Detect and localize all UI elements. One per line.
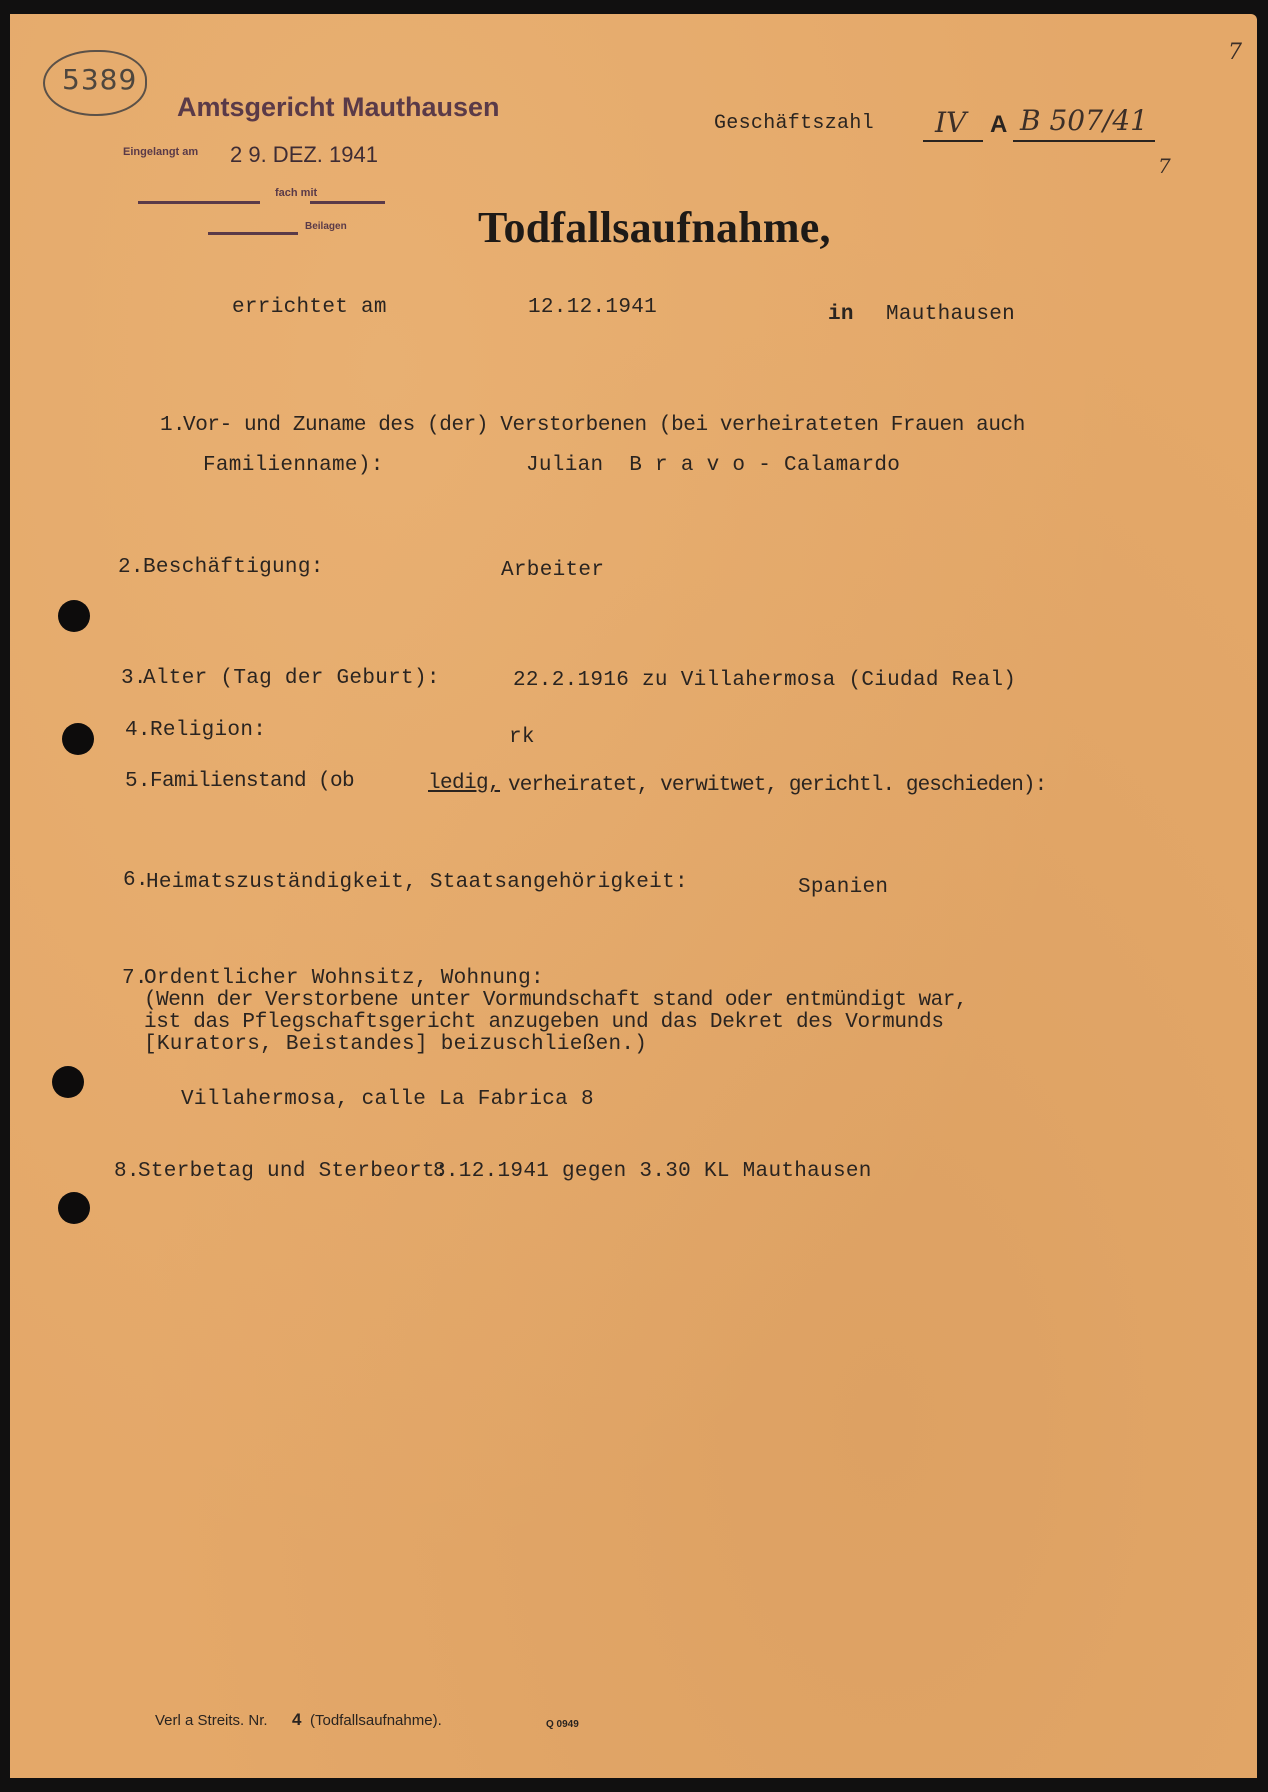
stamp-line bbox=[208, 232, 298, 235]
stamp-court: Amtsgericht Mauthausen bbox=[177, 92, 500, 123]
created-label: errichtet am bbox=[232, 296, 387, 319]
field-4-value: rk bbox=[509, 726, 535, 749]
field-4-label: Religion: bbox=[150, 719, 266, 742]
field-7-value: Villahermosa, calle La Fabrica 8 bbox=[181, 1088, 594, 1111]
file-reference-underline bbox=[1013, 140, 1155, 142]
footer-form-number: 4 bbox=[292, 1710, 301, 1730]
field-5-label-prefix: Familienstand (ob bbox=[150, 770, 354, 793]
stamp-line bbox=[138, 201, 260, 204]
field-7-note-line-1: (Wenn der Verstorbene unter Vormundschaf… bbox=[144, 989, 967, 1012]
footer-print-code: Q 0949 bbox=[546, 1719, 579, 1730]
field-2-value: Arbeiter bbox=[501, 559, 604, 582]
field-6-value: Spanien bbox=[798, 876, 888, 899]
field-1-label: Vor- und Zuname des (der) Verstorbenen (… bbox=[183, 414, 1025, 437]
file-reference-letter: A bbox=[990, 111, 1008, 139]
field-1-label-cont: Familienname): bbox=[203, 454, 384, 477]
field-5-label-suffix: verheiratet, verwitwet, gerichtl. geschi… bbox=[508, 774, 1046, 797]
field-3-value: 22.2.1916 zu Villahermosa (Ciudad Real) bbox=[513, 669, 1016, 692]
field-5-label-underlined: ledig, bbox=[428, 772, 500, 795]
stamp-line3-label: Beilagen bbox=[305, 221, 347, 232]
field-1-number: 1. bbox=[160, 414, 186, 437]
field-6-label: Heimatszuständigkeit, Staatsangehörigkei… bbox=[146, 871, 688, 894]
margin-mark: 7 bbox=[1158, 154, 1171, 178]
punch-hole bbox=[58, 1192, 90, 1224]
file-reference-number: B 507/41 bbox=[1020, 104, 1148, 137]
field-8-number: 8. bbox=[114, 1160, 140, 1183]
field-5-number: 5. bbox=[125, 770, 151, 793]
document-title: Todfallsaufnahme, bbox=[478, 202, 831, 253]
file-reference-underline bbox=[923, 140, 983, 142]
footer-form-prefix: Verl a Streits. Nr. bbox=[155, 1712, 268, 1729]
field-2-number: 2. bbox=[118, 556, 144, 579]
stamp-line2-label: fach mit bbox=[275, 187, 317, 199]
punch-hole bbox=[62, 723, 94, 755]
created-place: Mauthausen bbox=[886, 303, 1015, 326]
field-8-label: Sterbetag und Sterbeort: bbox=[138, 1160, 448, 1183]
file-reference-prefix: IV bbox=[935, 106, 966, 139]
created-place-label: in bbox=[828, 303, 854, 326]
field-4-number: 4. bbox=[125, 719, 151, 742]
field-7-note-line-2: ist das Pflegschaftsgericht anzugeben un… bbox=[144, 1011, 944, 1034]
archive-number-circle: 5389 bbox=[43, 50, 147, 116]
stamp-received-label: Eingelangt am bbox=[123, 146, 198, 158]
field-1-value: Julian B r a v o - Calamardo bbox=[526, 454, 900, 477]
field-2-label: Beschäftigung: bbox=[143, 556, 324, 579]
footer-form-suffix: (Todfallsaufnahme). bbox=[310, 1712, 442, 1729]
field-6-number: 6. bbox=[123, 869, 149, 892]
archive-number: 5389 bbox=[62, 63, 137, 96]
punch-hole bbox=[58, 600, 90, 632]
stamp-received-date: 2 9. DEZ. 1941 bbox=[230, 142, 378, 168]
field-8-value: 8.12.1941 gegen 3.30 KL Mauthausen bbox=[433, 1160, 872, 1183]
stamp-line bbox=[310, 201, 385, 204]
field-7-note-line-3: [Kurators, Beistandes] beizuschließen.) bbox=[144, 1033, 647, 1056]
field-7-label: Ordentlicher Wohnsitz, Wohnung: bbox=[144, 967, 544, 990]
document-page: 5389 Amtsgericht Mauthausen Eingelangt a… bbox=[10, 14, 1257, 1778]
file-reference-label: Geschäftszahl bbox=[714, 112, 874, 135]
field-3-label: Alter (Tag der Geburt): bbox=[143, 667, 440, 690]
created-date: 12.12.1941 bbox=[528, 296, 657, 319]
margin-mark: 7 bbox=[1228, 40, 1242, 65]
punch-hole bbox=[52, 1066, 84, 1098]
